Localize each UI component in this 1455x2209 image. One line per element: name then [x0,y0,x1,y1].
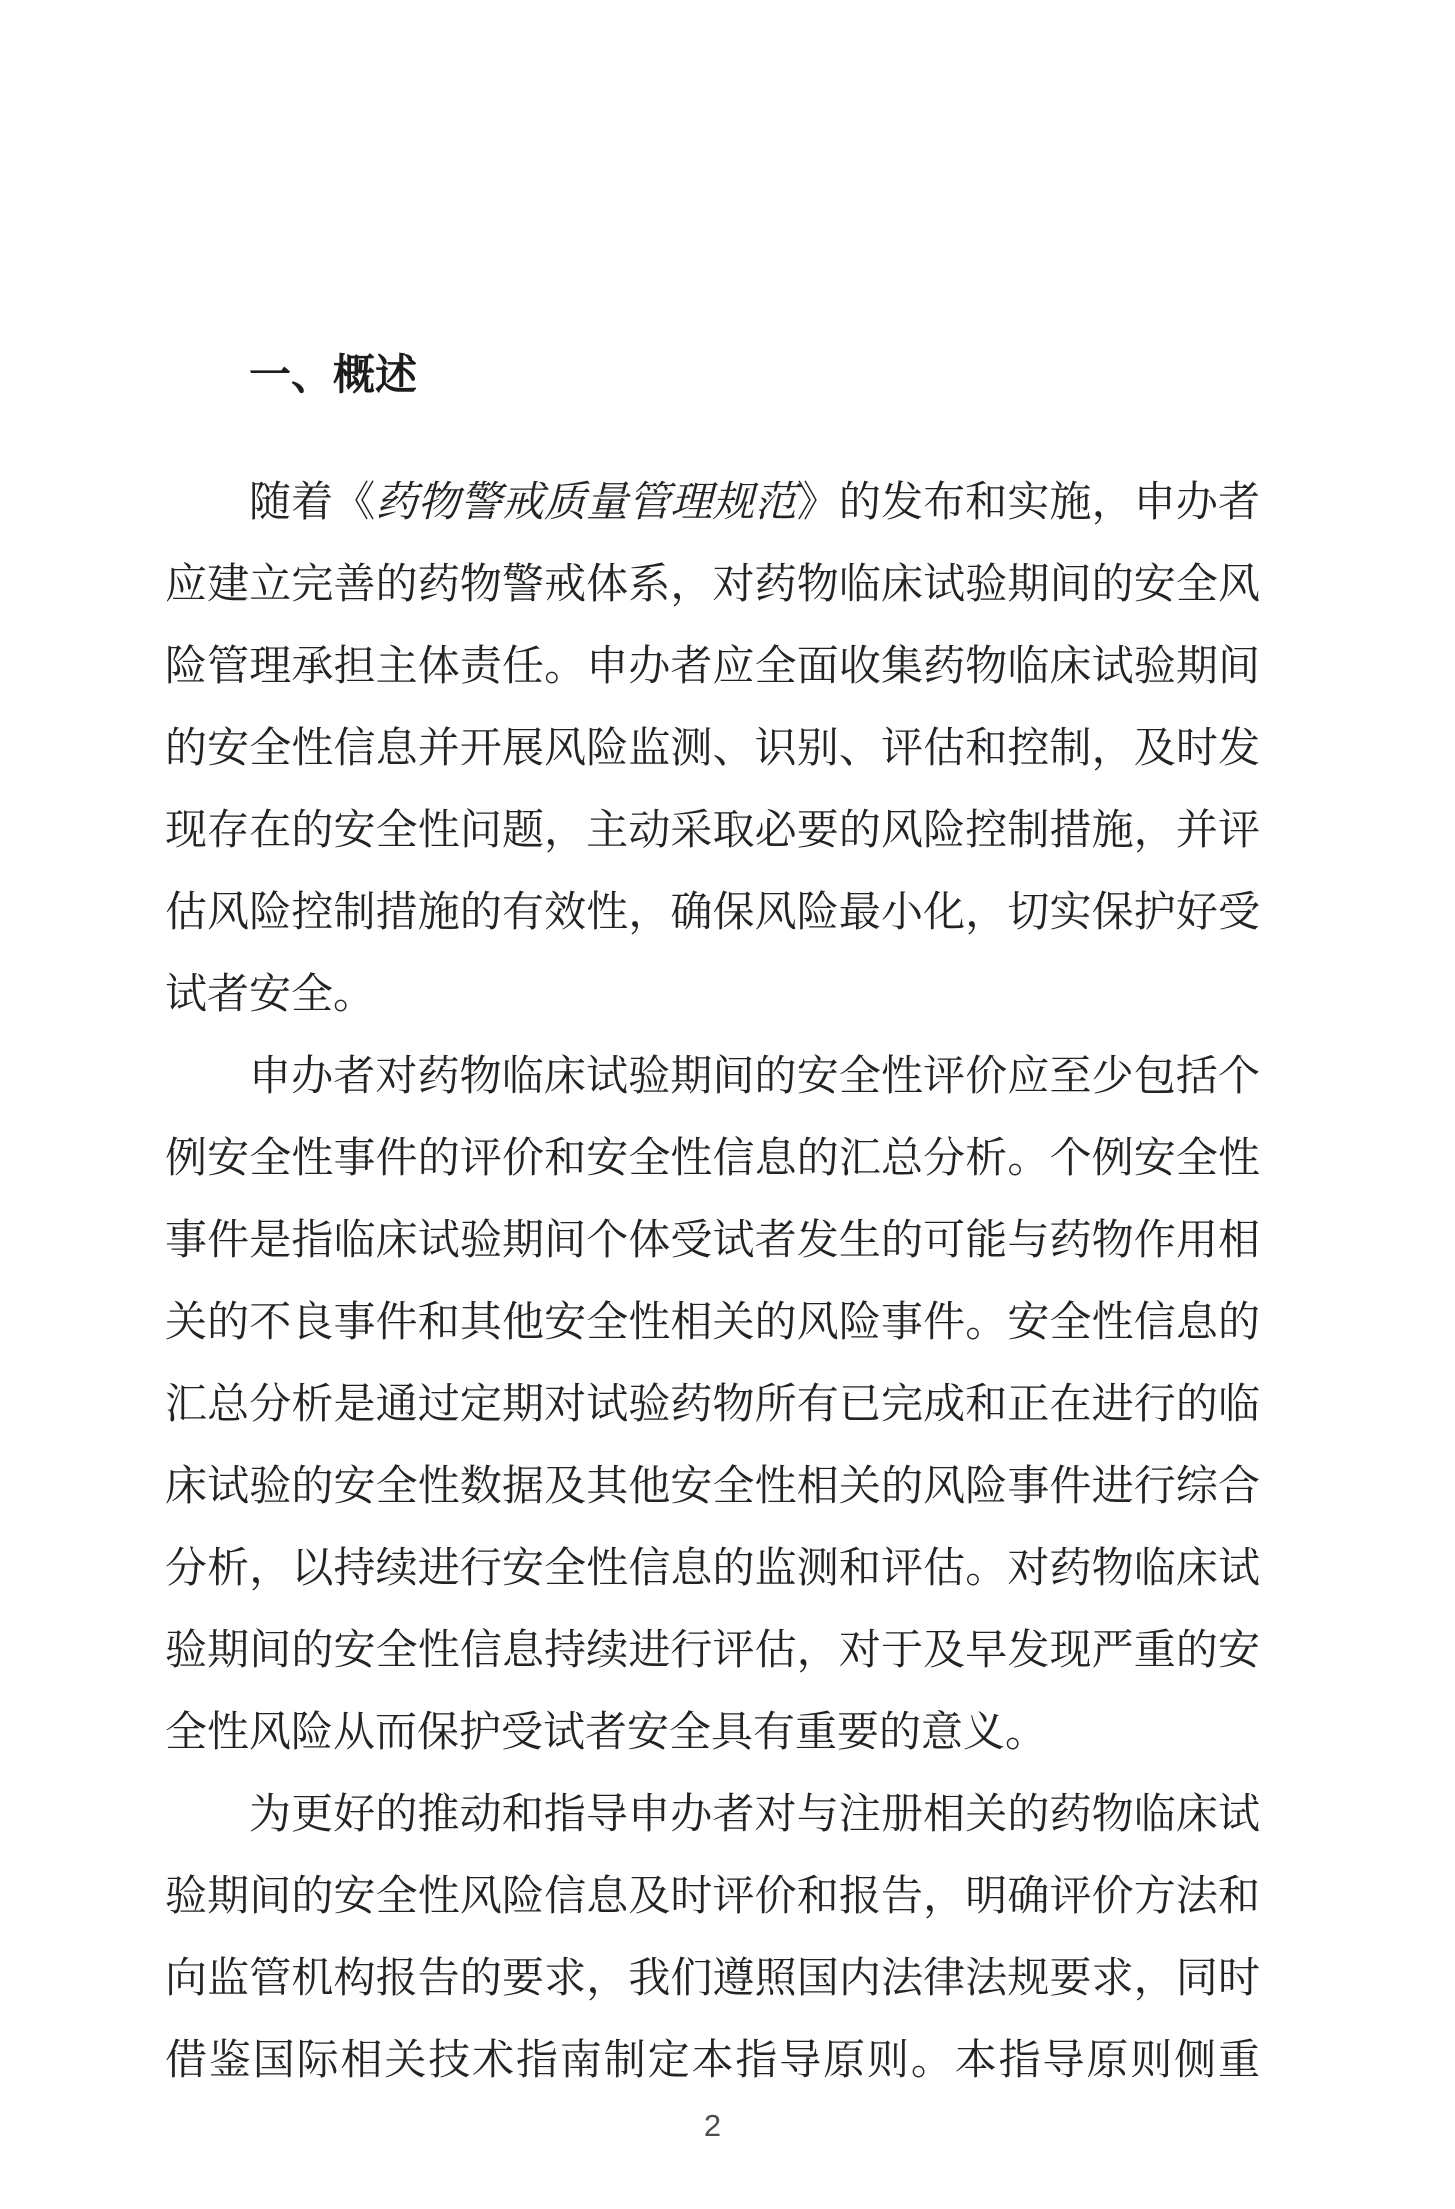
paragraph-1-text-after-book-title: 》的发布和实施，申办者应建立完善的药物警戒体系，对药物临床试验期间的安全风险管理… [165,480,1260,1018]
paragraph-2: 申办者对药物临床试验期间的安全性评价应至少包括个例安全性事件的评价和安全性信息的… [165,1036,1260,1774]
page-number: 2 [165,2108,1260,2144]
book-title-pharmacovigilance-gmp: 药物警戒质量管理规范 [375,480,796,526]
paragraph-3: 为更好的推动和指导申办者对与注册相关的药物临床试验期间的安全性风险信息及时评价和… [165,1774,1260,2102]
document-content: 一、概述 随着《药物警戒质量管理规范》的发布和实施，申办者应建立完善的药物警戒体… [165,334,1260,2102]
paragraph-1: 随着《药物警戒质量管理规范》的发布和实施，申办者应建立完善的药物警戒体系，对药物… [165,462,1260,1036]
section-heading-overview: 一、概述 [165,334,1260,416]
paragraph-1-text-before-book-title: 随着《 [249,480,375,526]
document-page: 一、概述 随着《药物警戒质量管理规范》的发布和实施，申办者应建立完善的药物警戒体… [0,0,1455,2209]
